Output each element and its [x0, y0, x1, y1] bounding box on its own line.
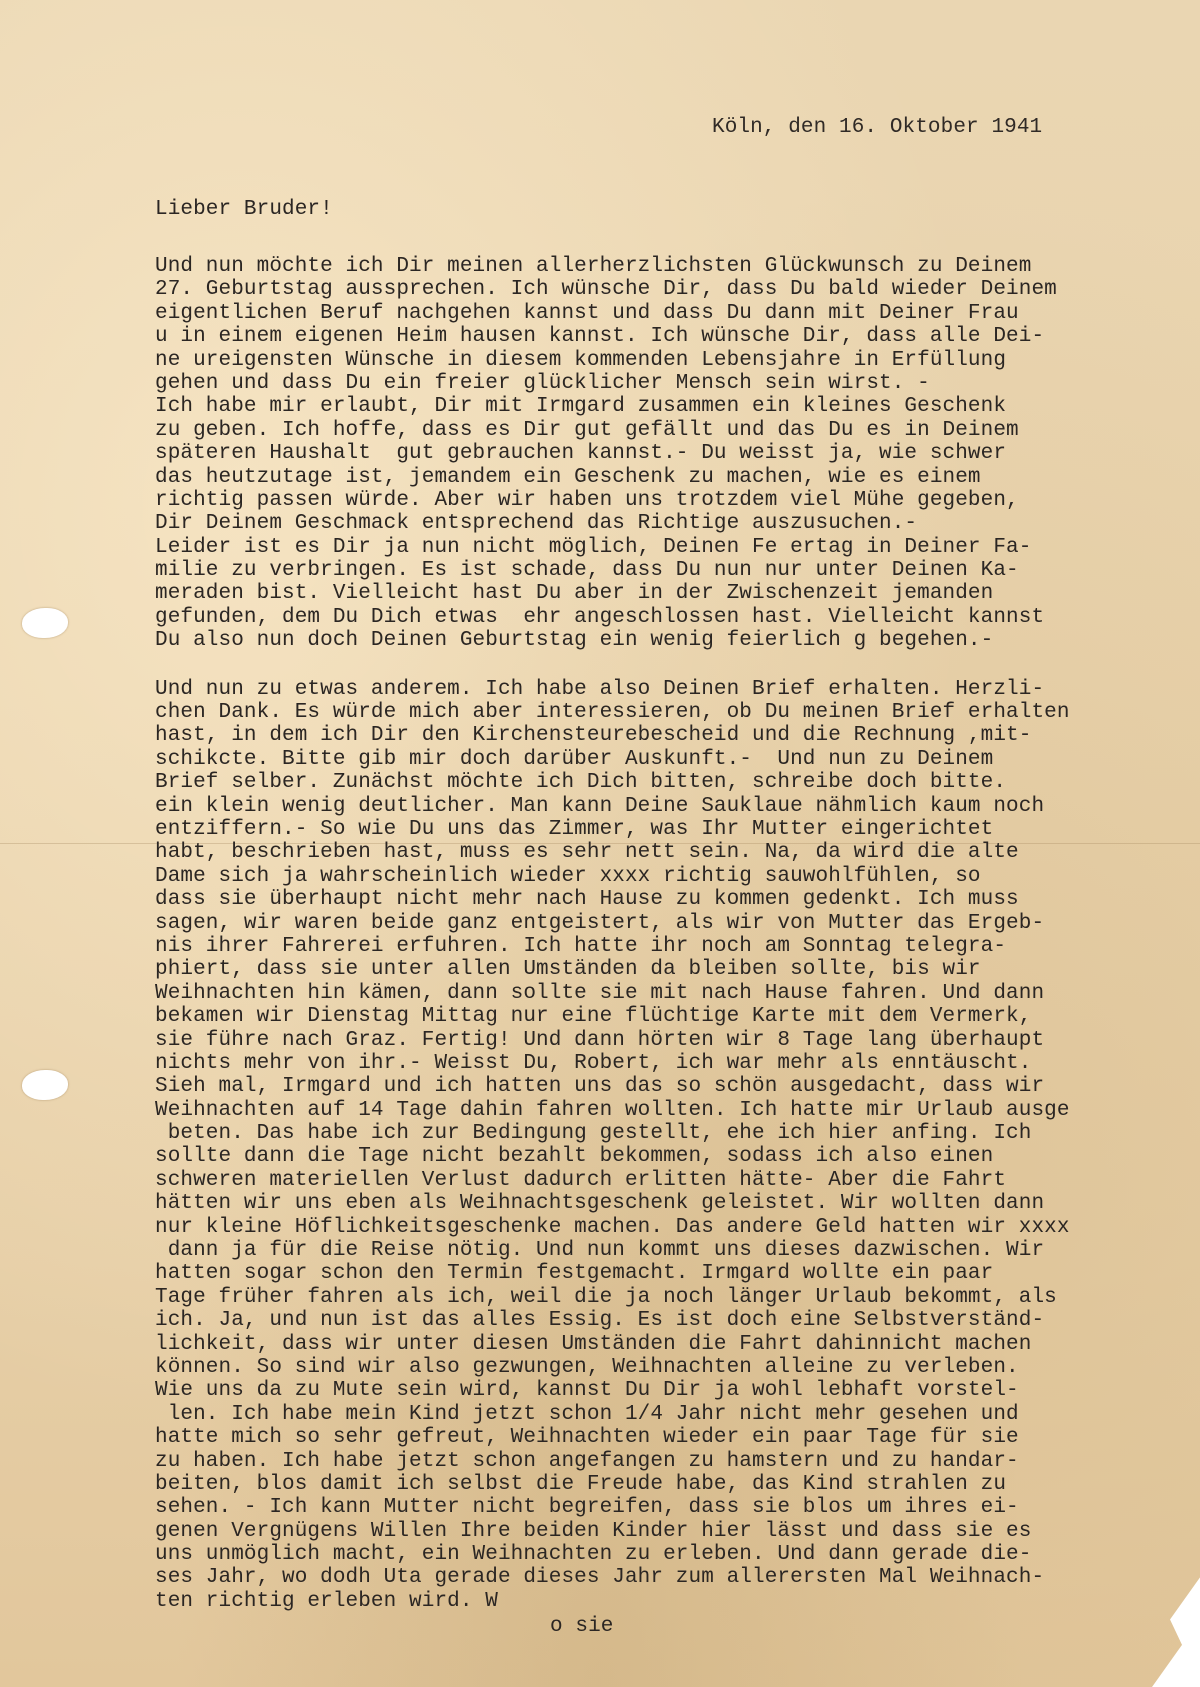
letter-line: habt, beschrieben hast, muss es sehr net…	[155, 841, 1200, 864]
letter-line: zu geben. Ich hoffe, dass es Dir gut gef…	[155, 419, 1200, 442]
letter-line: entziffern.- So wie Du uns das Zimmer, w…	[155, 818, 1200, 841]
letter-line: dass sie überhaupt nicht mehr nach Hause…	[155, 888, 1200, 911]
letter-line: 27. Geburtstag aussprechen. Ich wünsche …	[155, 278, 1200, 301]
letter-line: Und nun zu etwas anderem. Ich habe also …	[155, 678, 1200, 701]
letter-line: u in einem eigenen Heim hausen kannst. I…	[155, 325, 1200, 348]
typewritten-letter: Köln, den 16. Oktober 1941 Lieber Bruder…	[155, 113, 1200, 1639]
letter-line: sollte dann die Tage nicht bezahlt bekom…	[155, 1145, 1200, 1168]
letter-line: Weihnachten hin kämen, dann sollte sie m…	[155, 982, 1200, 1005]
letter-line: genen Vergnügens Willen Ihre beiden Kind…	[155, 1520, 1200, 1543]
letter-line: sehen. - Ich kann Mutter nicht begreifen…	[155, 1496, 1200, 1519]
place-date-line: Köln, den 16. Oktober 1941	[712, 113, 1200, 143]
letter-line: Sieh mal, Irmgard und ich hatten uns das…	[155, 1075, 1200, 1098]
letter-line: hatte mich so sehr gefreut, Weihnachten …	[155, 1426, 1200, 1449]
punch-hole-top	[22, 608, 68, 638]
letter-line: Und nun möchte ich Dir meinen allerherzl…	[155, 255, 1200, 278]
letter-line: Du also nun doch Deinen Geburtstag ein w…	[155, 629, 1200, 652]
letter-line: hatten sogar schon den Termin festgemach…	[155, 1262, 1200, 1285]
letter-line: ses Jahr, wo dodh Uta gerade dieses Jahr…	[155, 1566, 1200, 1589]
letter-line: nis ihrer Fahrerei erfuhren. Ich hatte i…	[155, 935, 1200, 958]
letter-line: Leider ist es Dir ja nun nicht möglich, …	[155, 536, 1200, 559]
letter-line: sagen, wir waren beide ganz entgeistert,…	[155, 912, 1200, 935]
letter-line: beiten, blos damit ich selbst die Freude…	[155, 1473, 1200, 1496]
letter-line: hast, in dem ich Dir den Kirchensteurebe…	[155, 724, 1200, 747]
letter-line: Brief selber. Zunächst möchte ich Dich b…	[155, 771, 1200, 794]
punch-hole-bottom	[22, 1070, 68, 1100]
letter-line: milie zu verbringen. Es ist schade, dass…	[155, 559, 1200, 582]
letter-line: Dame sich ja wahrscheinlich wieder xxxx …	[155, 865, 1200, 888]
continuation-mark: o sie	[550, 1615, 1200, 1639]
letter-line: chen Dank. Es würde mich aber interessie…	[155, 701, 1200, 724]
letter-line: nichts mehr von ihr.- Weisst Du, Robert,…	[155, 1052, 1200, 1075]
letter-line: nur kleine Höflichkeitsgeschenke machen.…	[155, 1216, 1200, 1239]
letter-line: Dir Deinem Geschmack entsprechend das Ri…	[155, 512, 1200, 535]
letter-line: eigentlichen Beruf nachgehen kannst und …	[155, 302, 1200, 325]
letter-line: ich. Ja, und nun ist das alles Essig. Es…	[155, 1309, 1200, 1332]
letter-line: Ich habe mir erlaubt, Dir mit Irmgard zu…	[155, 395, 1200, 418]
letter-line: Wie uns da zu Mute sein wird, kannst Du …	[155, 1379, 1200, 1402]
paragraph-birthday-wishes: Und nun möchte ich Dir meinen allerherzl…	[155, 255, 1200, 653]
letter-line: uns unmöglich macht, ein Weihnachten zu …	[155, 1543, 1200, 1566]
letter-line: ten richtig erleben wird. W	[155, 1590, 1200, 1613]
letter-line: phiert, dass sie unter allen Umständen d…	[155, 958, 1200, 981]
letter-line: ein klein wenig deutlicher. Man kann Dei…	[155, 795, 1200, 818]
letter-line: sie führe nach Graz. Fertig! Und dann hö…	[155, 1029, 1200, 1052]
letter-line: späteren Haushalt gut gebrauchen kannst.…	[155, 442, 1200, 465]
letter-line: können. So sind wir also gezwungen, Weih…	[155, 1356, 1200, 1379]
letter-line: dann ja für die Reise nötig. Und nun kom…	[155, 1239, 1200, 1262]
letter-line: lichkeit, dass wir unter diesen Umstände…	[155, 1333, 1200, 1356]
letter-line: beten. Das habe ich zur Bedingung gestel…	[155, 1122, 1200, 1145]
letter-line: hätten wir uns eben als Weihnachtsgesche…	[155, 1192, 1200, 1215]
paragraph-reply-to-letter: Und nun zu etwas anderem. Ich habe also …	[155, 678, 1200, 1614]
letter-line: das heutzutage ist, jemandem ein Geschen…	[155, 466, 1200, 489]
letter-line: zu haben. Ich habe jetzt schon angefange…	[155, 1450, 1200, 1473]
letter-line: len. Ich habe mein Kind jetzt schon 1/4 …	[155, 1403, 1200, 1426]
letter-line: ne ureigensten Wünsche in diesem kommend…	[155, 349, 1200, 372]
letter-line: bekamen wir Dienstag Mittag nur eine flü…	[155, 1005, 1200, 1028]
letter-line: schikcte. Bitte gib mir doch darüber Aus…	[155, 748, 1200, 771]
letter-line: richtig passen würde. Aber wir haben uns…	[155, 489, 1200, 512]
letter-line: gefunden, dem Du Dich etwas ehr angeschl…	[155, 606, 1200, 629]
letter-line: Tage früher fahren als ich, weil die ja …	[155, 1286, 1200, 1309]
salutation: Lieber Bruder!	[155, 195, 1200, 225]
letter-line: Weihnachten auf 14 Tage dahin fahren wol…	[155, 1099, 1200, 1122]
letter-line: gehen und dass Du ein freier glücklicher…	[155, 372, 1200, 395]
letter-page: Köln, den 16. Oktober 1941 Lieber Bruder…	[0, 0, 1200, 1687]
letter-line: meraden bist. Vielleicht hast Du aber in…	[155, 582, 1200, 605]
letter-line: schweren materiellen Verlust dadurch erl…	[155, 1169, 1200, 1192]
